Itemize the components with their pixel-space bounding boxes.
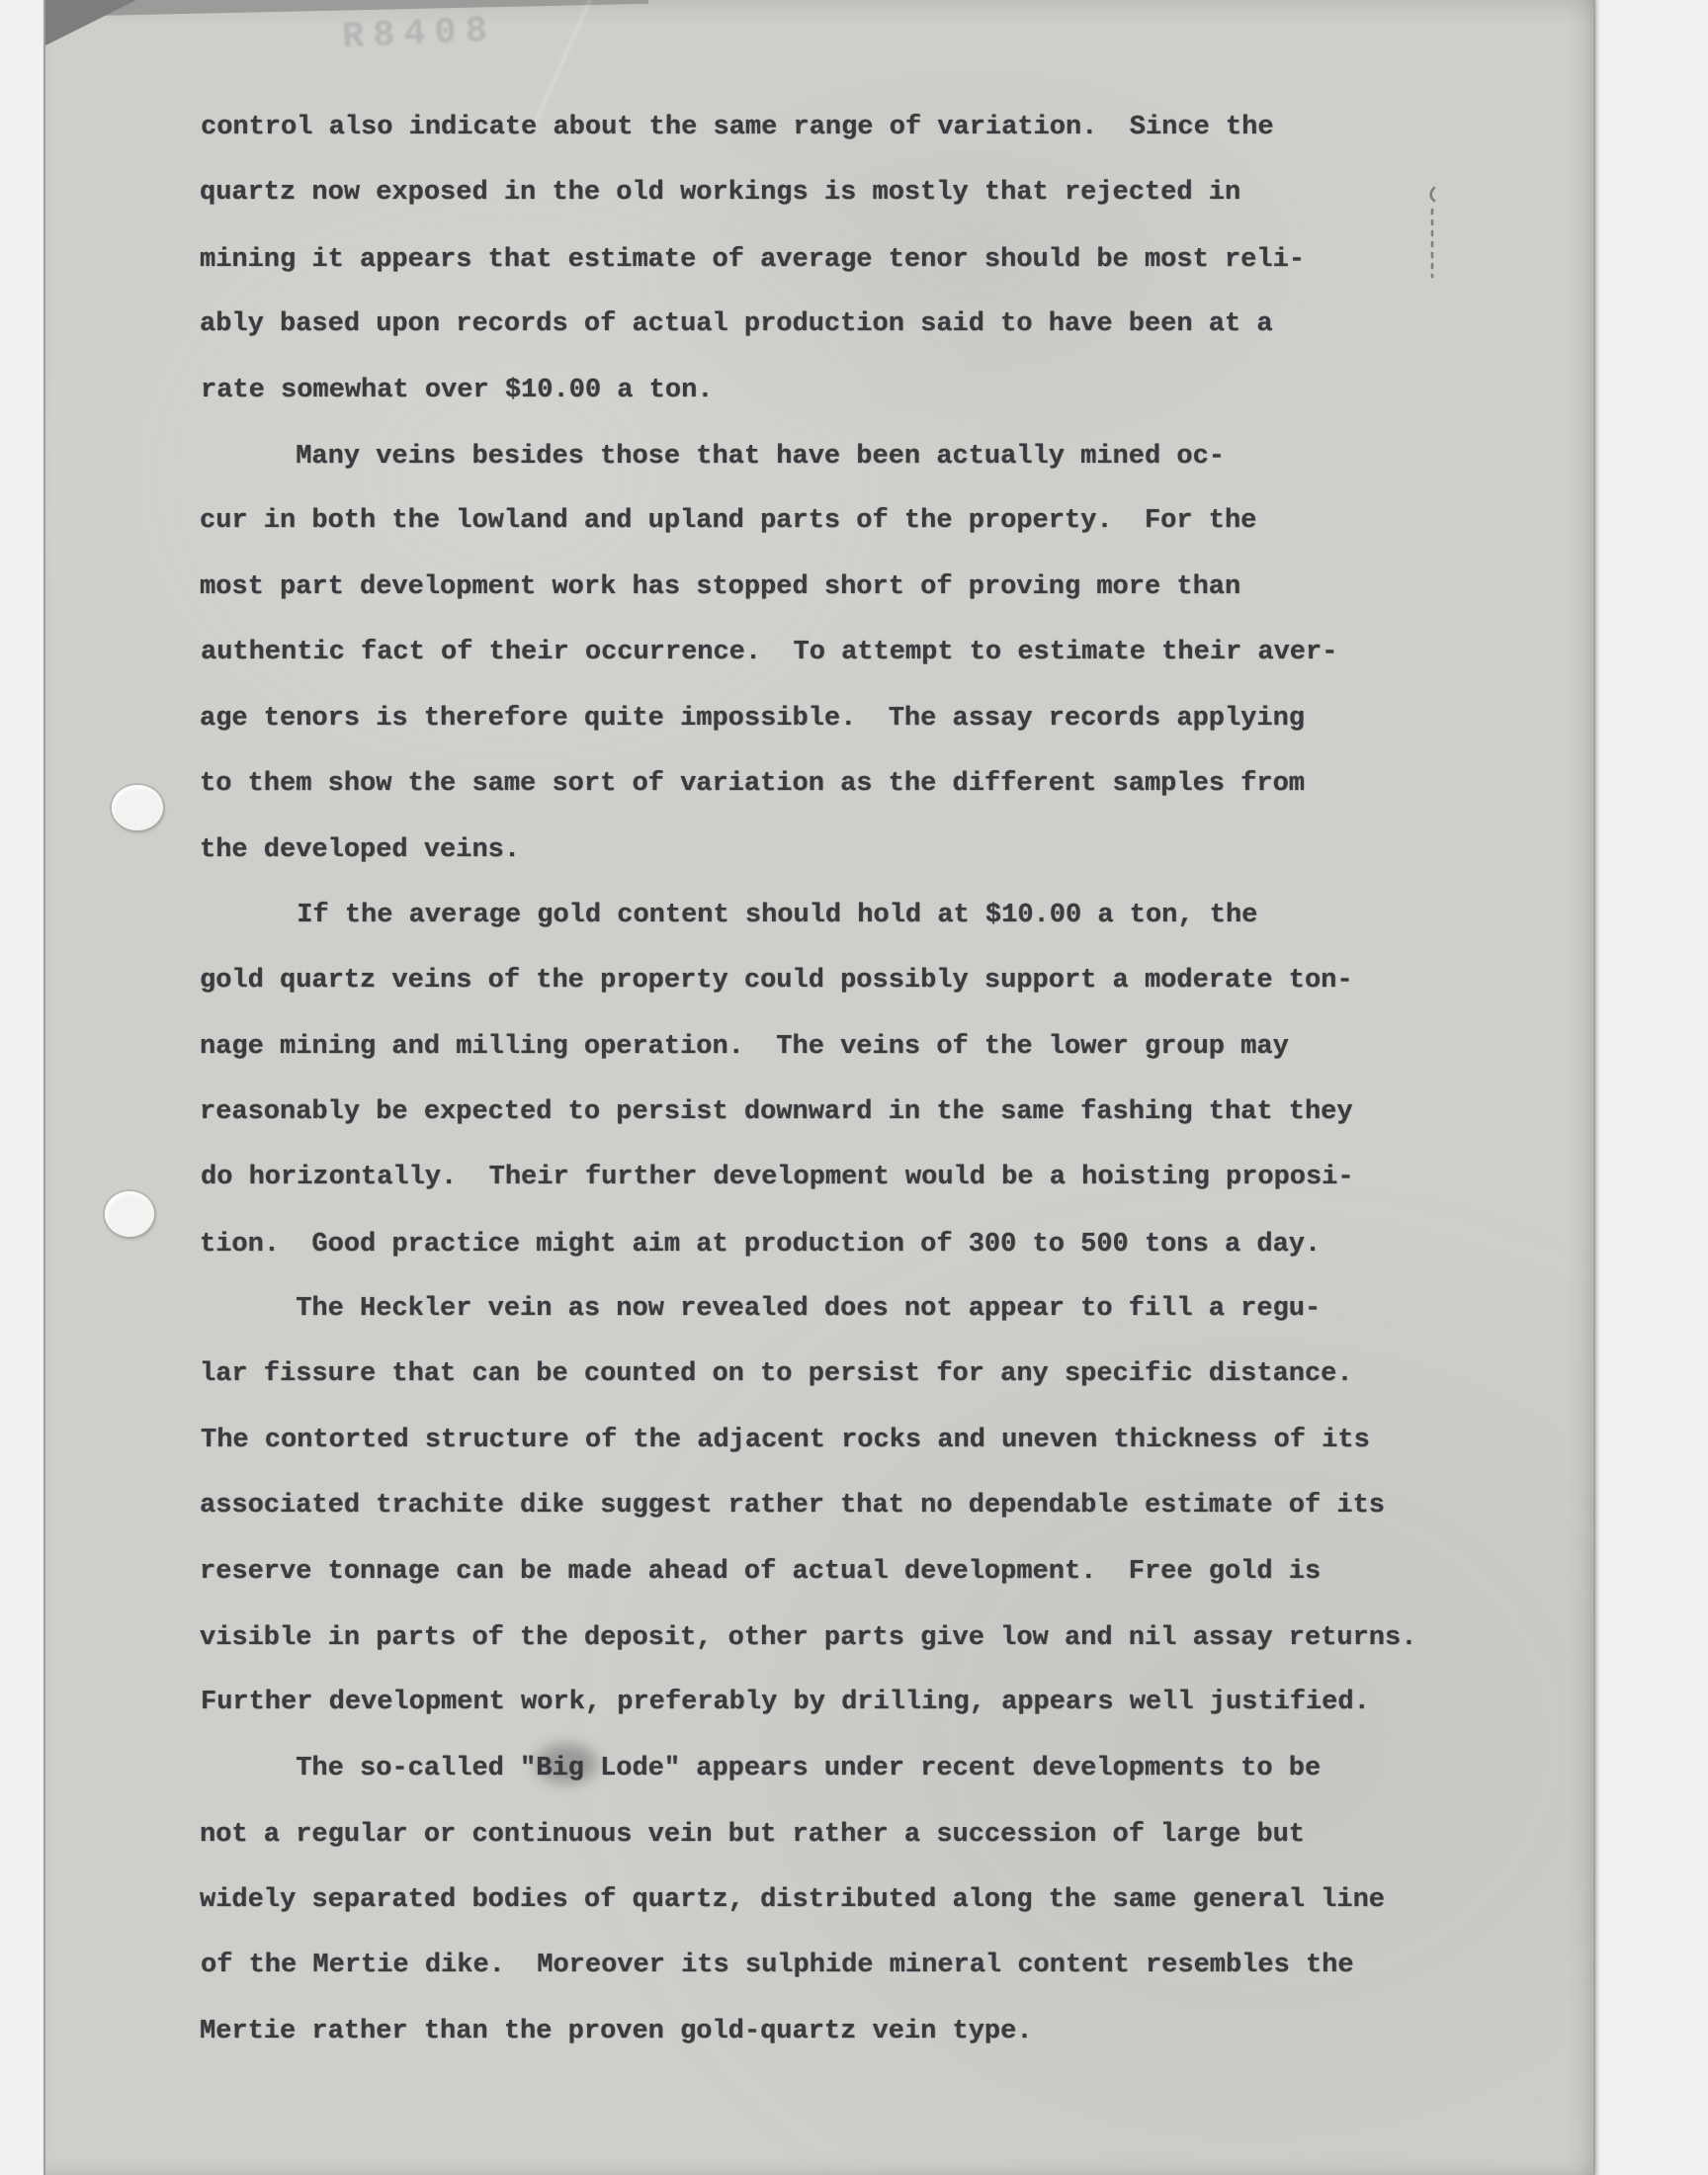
document-line: reserve tonnage can be made ahead of act… — [200, 1539, 1465, 1605]
document-line: visible in parts of the deposit, other p… — [200, 1606, 1465, 1671]
document-line: Many veins besides those that have been … — [200, 424, 1465, 489]
document-line: do horizontally. Their further developme… — [201, 1145, 1466, 1210]
punch-hole-icon — [112, 785, 163, 830]
scanned-document-page: R8408 control also indicate about the sa… — [0, 0, 1708, 2175]
paper-sheet: R8408 control also indicate about the sa… — [43, 0, 1595, 2175]
ink-smudge — [536, 1744, 597, 1783]
document-line: The Heckler vein as now revealed does no… — [200, 1276, 1465, 1342]
document-line: control also indicate about the same ran… — [201, 95, 1466, 160]
paper-corner-artifact — [45, 0, 136, 45]
document-line: Mertie rather than the proven gold-quart… — [200, 1999, 1465, 2064]
document-line: most part development work has stopped s… — [200, 555, 1465, 620]
document-line: not a regular or continuous vein but rat… — [200, 1802, 1465, 1868]
document-line: ably based upon records of actual produc… — [200, 292, 1465, 357]
document-line: The so-called "Big Lode" appears under r… — [200, 1736, 1465, 1801]
scan-top-edge-shadow — [45, 0, 648, 17]
document-line: If the average gold content should hold … — [201, 883, 1466, 948]
document-line: reasonably be expected to persist downwa… — [200, 1080, 1465, 1145]
document-line: quartz now exposed in the old workings i… — [200, 160, 1465, 225]
faint-stamp-text: R8408 — [341, 11, 497, 59]
document-line: of the Mertie dike. Moreover its sulphid… — [201, 1933, 1466, 1998]
document-line: authentic fact of their occurrence. To a… — [201, 620, 1466, 685]
punch-hole-icon — [105, 1191, 154, 1237]
document-line: The contorted structure of the adjacent … — [201, 1408, 1466, 1473]
document-line: widely separated bodies of quartz, distr… — [200, 1868, 1465, 1933]
document-line: the developed veins. — [200, 818, 1465, 883]
document-line: rate somewhat over $10.00 a ton. — [201, 358, 1466, 423]
document-line: associated trachite dike suggest rather … — [200, 1473, 1465, 1538]
document-line: age tenors is therefore quite impossible… — [200, 686, 1465, 751]
document-line: Further development work, preferably by … — [201, 1670, 1466, 1735]
document-line: to them show the same sort of variation … — [200, 751, 1465, 817]
document-line: lar fissure that can be counted on to pe… — [200, 1342, 1465, 1407]
document-line: cur in both the lowland and upland parts… — [200, 488, 1465, 554]
document-line: tion. Good practice might aim at product… — [200, 1212, 1465, 1277]
document-line: nage mining and milling operation. The v… — [200, 1014, 1465, 1080]
document-line: gold quartz veins of the property could … — [200, 948, 1465, 1013]
document-line: mining it appears that estimate of avera… — [200, 227, 1465, 293]
document-lines: control also indicate about the same ran… — [200, 95, 1465, 2064]
